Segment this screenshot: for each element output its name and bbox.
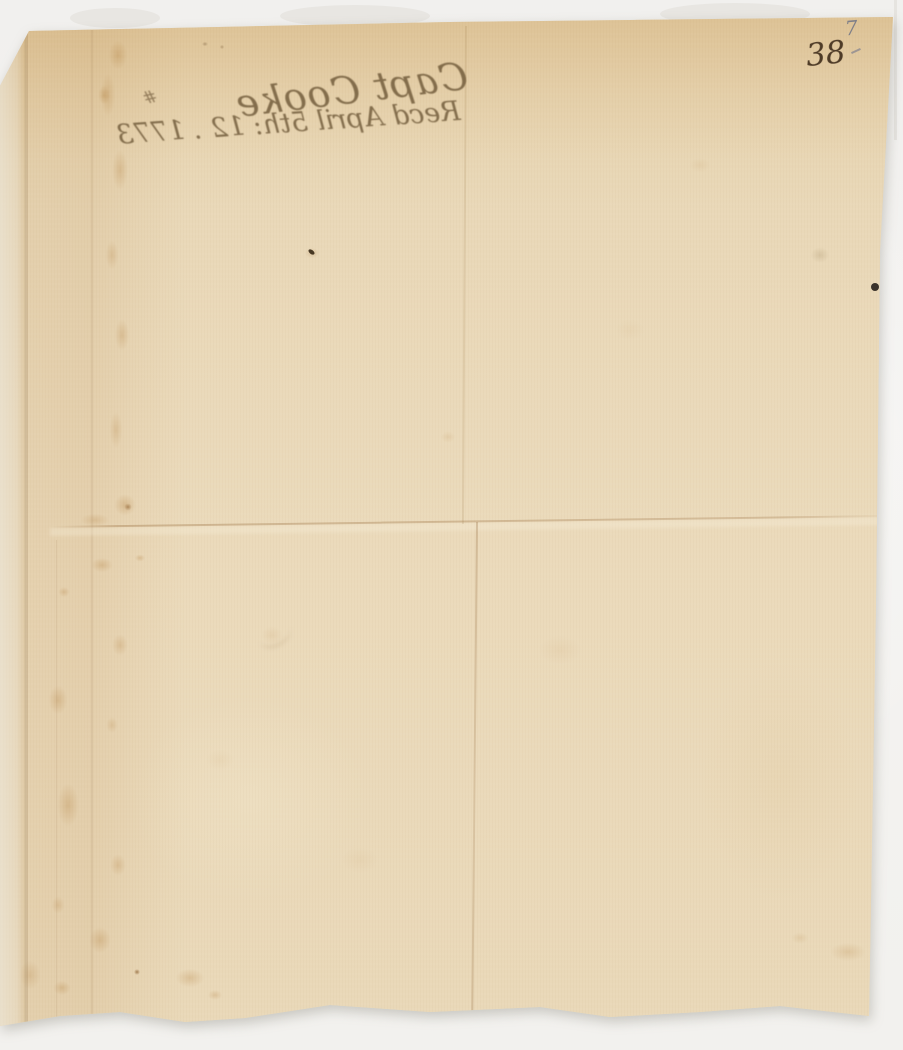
dark-edge-spot <box>871 283 879 291</box>
manuscript-page-wrapper: Capt Cooke Recd April 5th: 12 . 1773 # 3… <box>0 0 903 1050</box>
folio-number-pencil: 7 <box>844 15 859 40</box>
left-crease-line-lower <box>56 540 57 1050</box>
folio-number-ink: 38 <box>804 34 847 74</box>
binding-stub <box>0 0 26 1050</box>
manuscript-page: Capt Cooke Recd April 5th: 12 . 1773 # 3… <box>0 0 903 1050</box>
left-crease-line <box>91 30 93 1050</box>
inscription-mark: # <box>136 84 164 112</box>
scan-background: Capt Cooke Recd April 5th: 12 . 1773 # 3… <box>0 0 903 1050</box>
binding-stub-crease <box>26 0 28 1050</box>
